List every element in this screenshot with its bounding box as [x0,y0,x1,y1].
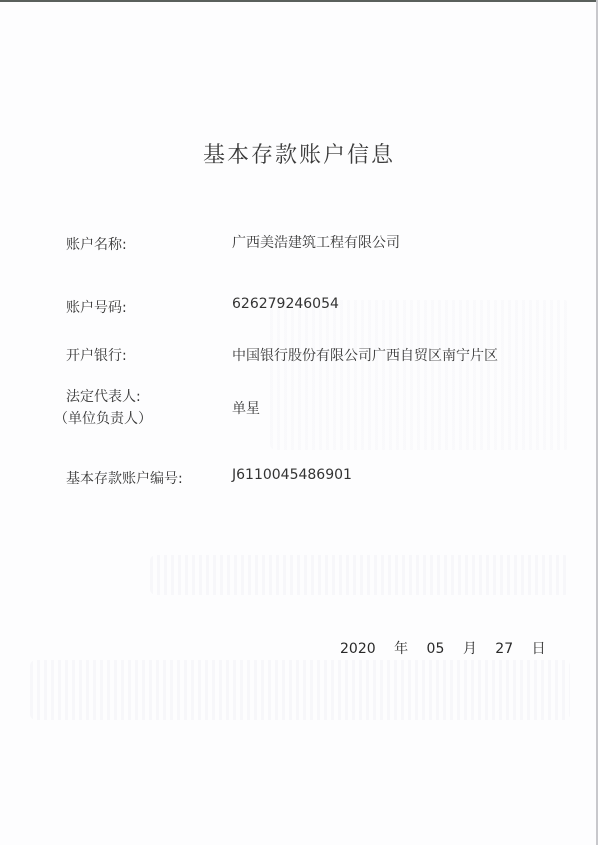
scan-top-edge [0,0,598,2]
date-day: 27 [495,641,513,657]
legal-representative-label-line1: 法定代表人: [62,386,152,408]
date-year-unit: 年 [394,641,408,657]
scan-bleed-texture [150,555,570,595]
bank-value: 中国银行股份有限公司广西自贸区南宁片区 [232,345,498,365]
date-month-unit: 月 [463,641,477,657]
bank-label: 开户银行: [66,345,127,365]
scan-bleed-texture [270,300,570,450]
account-number-value: 626279246054 [232,296,339,312]
document-date: 2020 年 05 月 27 日 [340,638,560,658]
basic-account-id-value: J6110045486901 [232,467,352,483]
legal-representative-label: 法定代表人: （单位负责人） [62,386,152,430]
date-day-unit: 日 [532,641,546,657]
scan-bleed-texture [30,660,570,720]
account-name-value: 广西美浩建筑工程有限公司 [232,232,400,252]
legal-representative-label-line2: （单位负责人） [54,408,152,430]
account-number-label: 账户号码: [66,297,127,317]
date-month: 05 [427,641,445,657]
account-name-label: 账户名称: [66,234,127,254]
document-title: 基本存款账户信息 [0,138,598,169]
date-year: 2020 [340,641,376,657]
basic-account-id-label: 基本存款账户编号: [66,468,183,488]
scanned-page: 基本存款账户信息 账户名称: 广西美浩建筑工程有限公司 账户号码: 626279… [0,0,598,845]
legal-representative-value: 单星 [232,398,260,418]
